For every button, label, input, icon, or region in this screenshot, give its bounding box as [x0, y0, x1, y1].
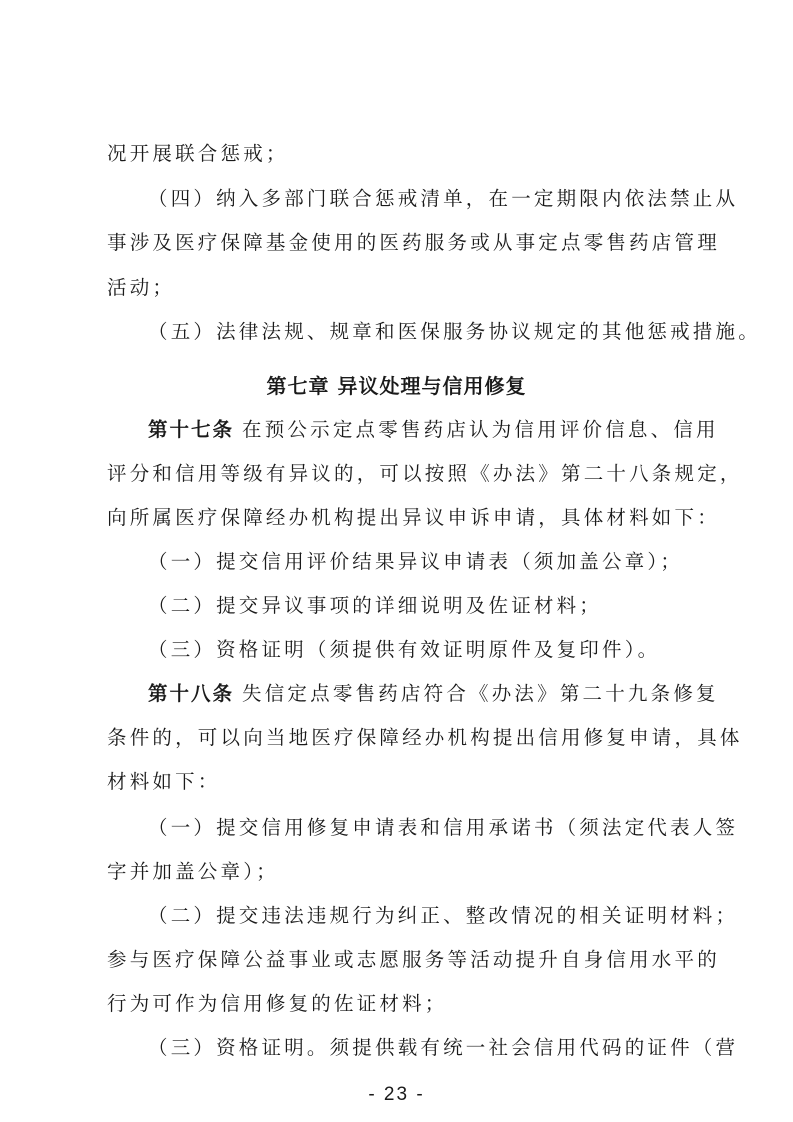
text-line: （五）法律法规、规章和医保服务协议规定的其他惩戒措施。 — [148, 318, 728, 346]
text-line: 材料如下： — [107, 768, 687, 796]
article-18-first-line: 第十八条失信定点零售药店符合《办法》第二十九条修复 — [148, 680, 728, 708]
list-item-continuation: 参与医疗保障公益事业或志愿服务等活动提升自身信用水平的 — [107, 946, 687, 974]
article-number: 第十七条 — [148, 418, 234, 441]
text-line: 失信定点零售药店符合《办法》第二十九条修复 — [242, 682, 719, 705]
text-line: 向所属医疗保障经办机构提出异议申诉申请，具体材料如下： — [107, 504, 687, 532]
chapter-heading: 第七章 异议处理与信用修复 — [0, 372, 793, 400]
text-line: 在预公示定点零售药店认为信用评价信息、信用 — [242, 418, 719, 441]
article-17-first-line: 第十七条在预公示定点零售药店认为信用评价信息、信用 — [148, 416, 728, 444]
list-item-continuation: 行为可作为信用修复的佐证材料； — [107, 990, 687, 1018]
list-item: （三）资格证明（须提供有效证明原件及复印件）。 — [148, 636, 728, 664]
list-item-continuation: 字并加盖公章）； — [107, 858, 687, 886]
list-item: （三）资格证明。须提供载有统一社会信用代码的证件（营 — [148, 1034, 728, 1062]
list-item: （二）提交违法违规行为纠正、整改情况的相关证明材料； — [148, 902, 728, 930]
text-line: 活动； — [107, 274, 687, 302]
list-item: （一）提交信用评价结果异议申请表（须加盖公章）； — [148, 548, 728, 576]
page-number: - 23 - — [0, 1084, 793, 1106]
list-item: （一）提交信用修复申请表和信用承诺书（须法定代表人签 — [148, 814, 728, 842]
text-line: 事涉及医疗保障基金使用的医药服务或从事定点零售药店管理 — [107, 229, 687, 257]
text-line: 况开展联合惩戒； — [107, 140, 687, 168]
document-page: 况开展联合惩戒； （四）纳入多部门联合惩戒清单，在一定期限内依法禁止从 事涉及医… — [0, 0, 793, 1122]
text-line: 条件的，可以向当地医疗保障经办机构提出信用修复申请，具体 — [107, 724, 687, 752]
text-line: （四）纳入多部门联合惩戒清单，在一定期限内依法禁止从 — [148, 185, 728, 213]
text-line: 评分和信用等级有异议的，可以按照《办法》第二十八条规定， — [107, 460, 687, 488]
article-number: 第十八条 — [148, 682, 234, 705]
list-item: （二）提交异议事项的详细说明及佐证材料； — [148, 592, 728, 620]
